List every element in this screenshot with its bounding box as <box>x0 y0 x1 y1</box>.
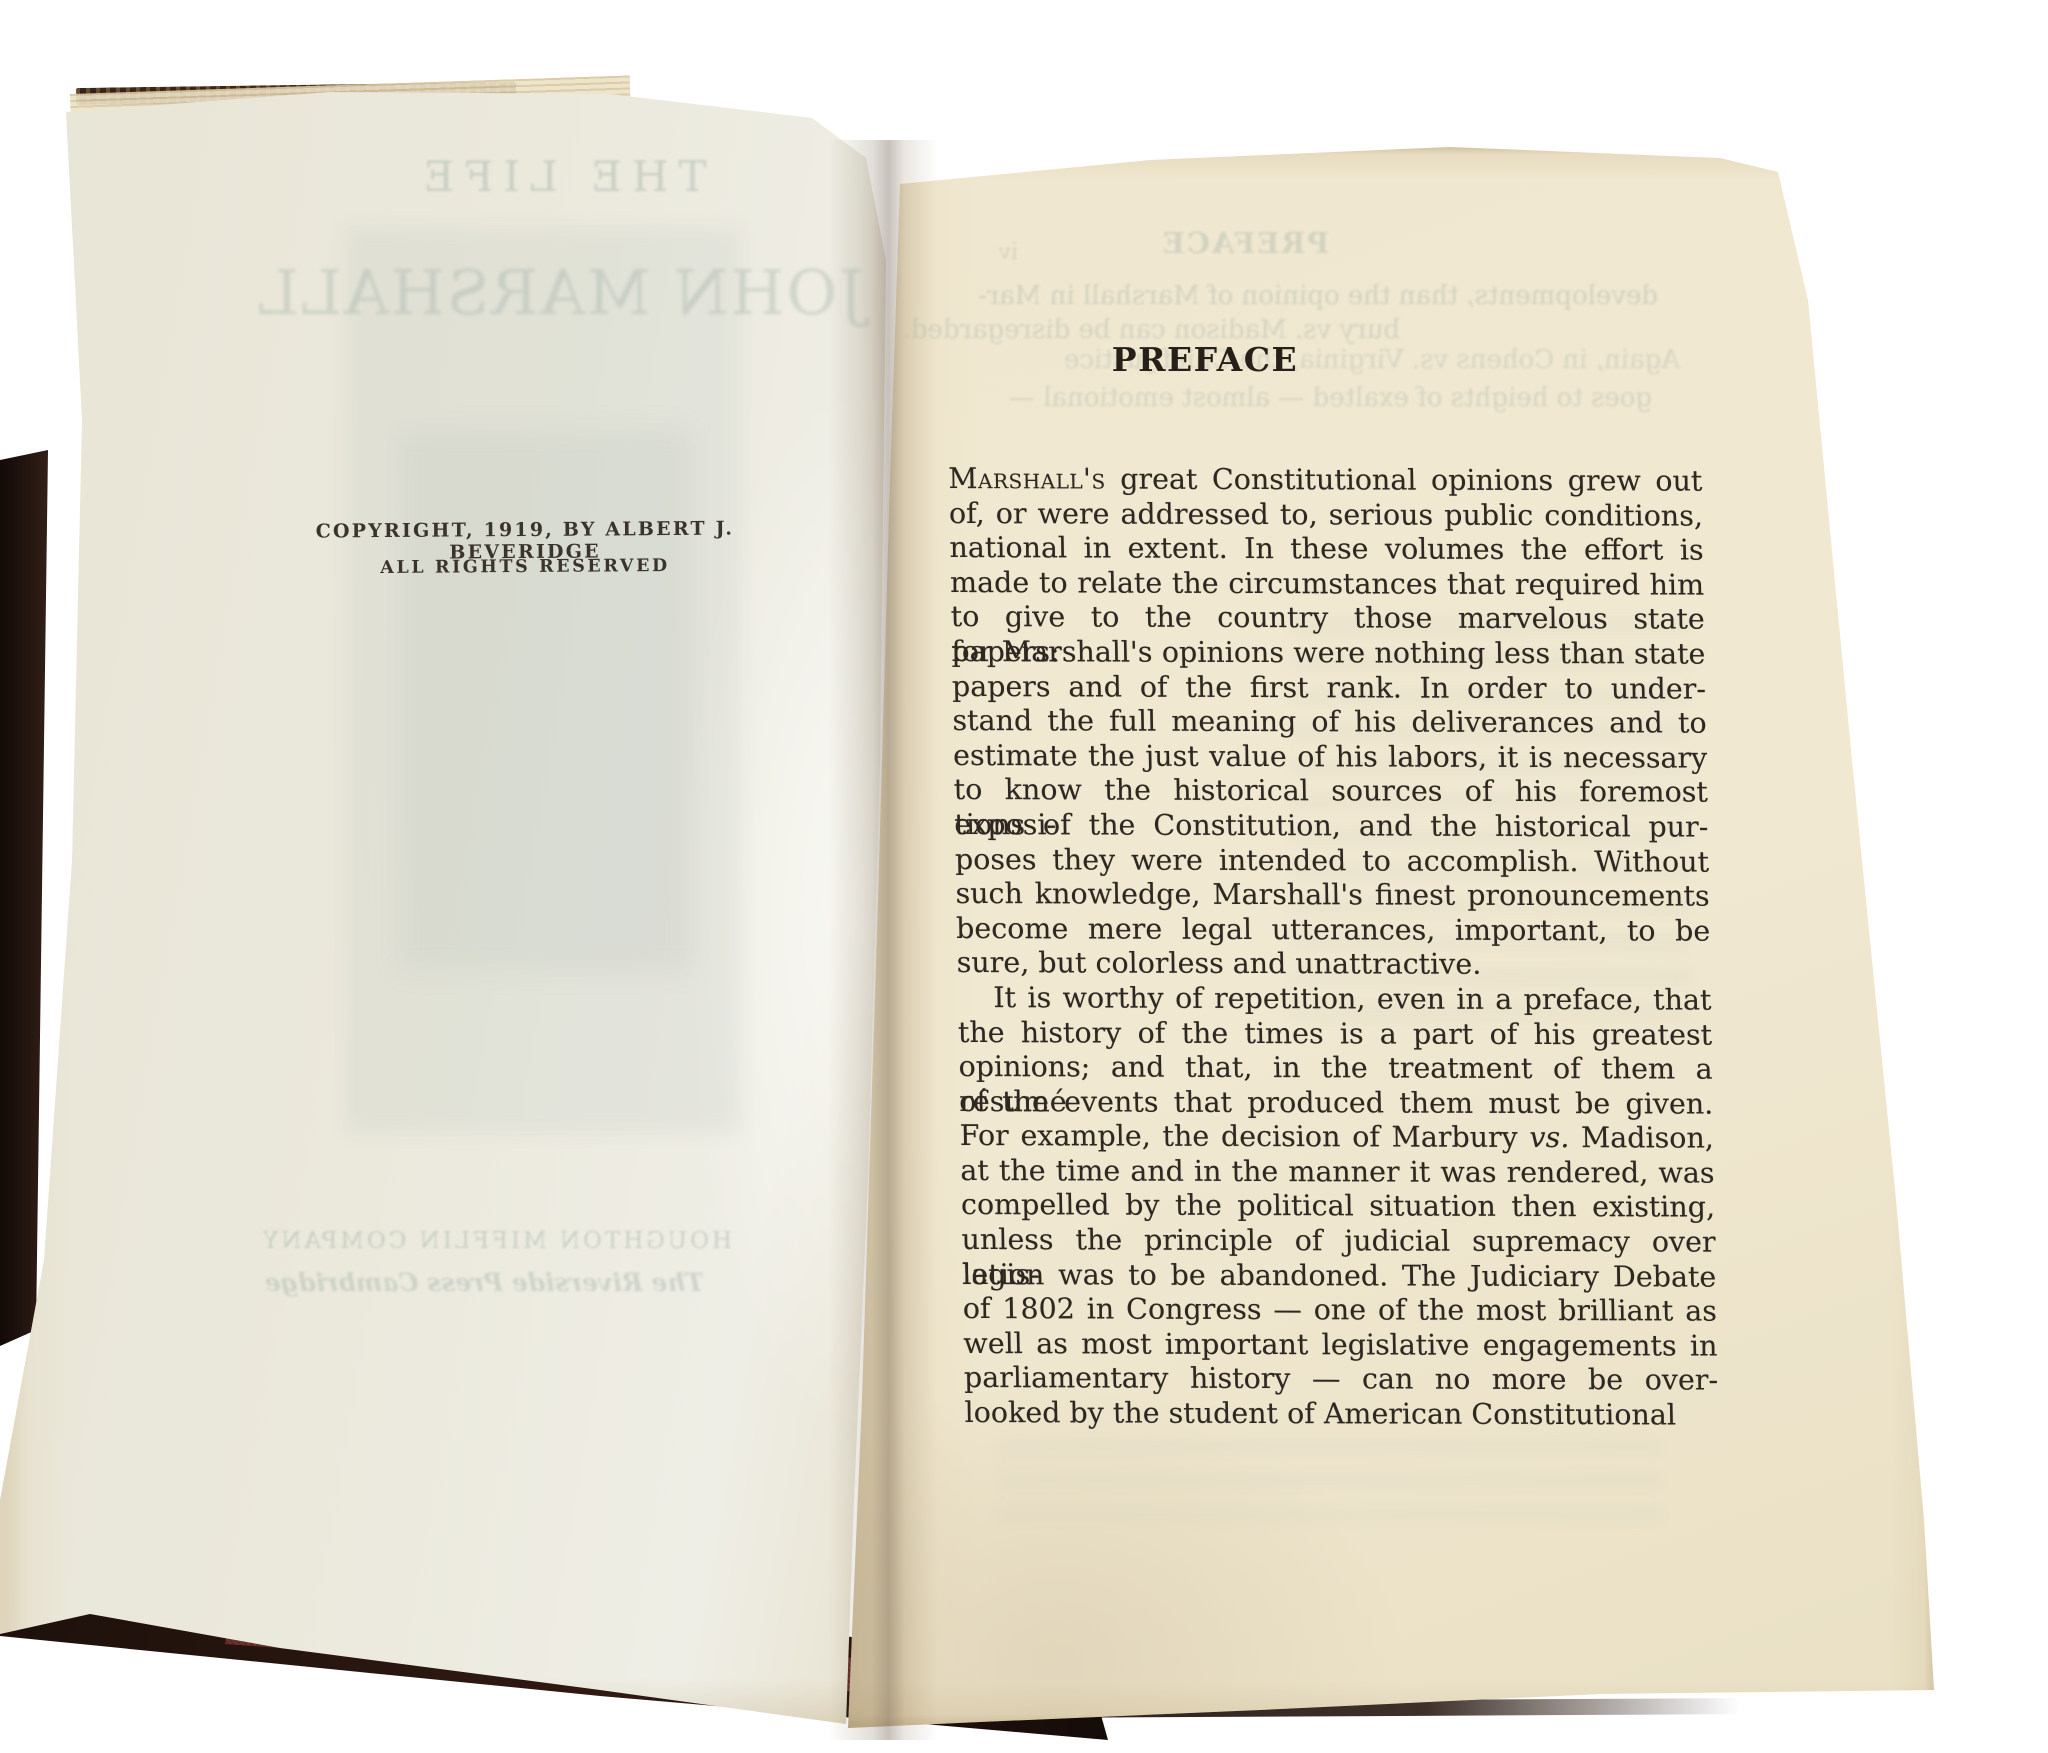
text-line: for Marshall's opinions were nothing les… <box>951 635 1706 672</box>
text-line: estimate the just value of his labors, i… <box>953 739 1708 776</box>
paragraph2-lines-b: at the time and in the manner it was ren… <box>960 1154 1719 1433</box>
text-line: well as most important legislative engag… <box>963 1327 1718 1364</box>
book-photograph: THE LIFE JOHN MARSHALL HOUGHTON MIFFLIN … <box>0 0 2048 1753</box>
text-line: made to relate the circumstances that re… <box>950 566 1705 603</box>
text-line: poses they were intended to accomplish. … <box>955 843 1710 880</box>
text-line: lation was to be abandoned. The Judiciar… <box>962 1258 1717 1295</box>
ghost-title-line1: THE LIFE <box>330 152 790 201</box>
text-line: opinions; and that, in the treatment of … <box>958 1050 1713 1087</box>
text-line: such knowledge, Marshall's finest pronou… <box>955 877 1710 914</box>
text-line-rest: great Constitutional opinions grew out <box>1120 463 1703 498</box>
paragraph1-lines: of, or were addressed to, serious public… <box>949 497 1712 984</box>
gutter-shadow <box>828 140 938 1740</box>
text-line: national in extent. In these volumes the… <box>949 531 1704 568</box>
text-line: papers and of the first rank. In order t… <box>952 670 1707 707</box>
text-line: to give to the country those marvelous s… <box>950 600 1705 637</box>
preface-body: Marshall's great Constitutional opinions… <box>948 462 1719 1433</box>
smallcaps-lead: Marshall's <box>948 462 1106 496</box>
ghost-text-line: developments, than the opinion of Marsha… <box>952 281 1658 311</box>
preface-heading: PREFACE <box>950 340 1460 379</box>
text-line: compelled by the political situation the… <box>961 1188 1716 1225</box>
marbury-before: For example, the decision of Marbury <box>959 1119 1518 1154</box>
text-line: to know the historical sources of his fo… <box>953 773 1708 810</box>
frontispiece-showthrough-inner <box>400 430 690 970</box>
text-line: tions of the Constitution, and the histo… <box>954 808 1709 845</box>
rights-reserved-line: ALL RIGHTS RESERVED <box>255 555 795 579</box>
paragraph2-lines-a: It is worthy of repetition, even in a pr… <box>957 981 1713 1122</box>
marbury-vs-italic: vs. <box>1529 1121 1569 1154</box>
ghost-preface-heading: PREFACE <box>1075 226 1415 260</box>
text-line: at the time and in the manner it was ren… <box>960 1154 1715 1191</box>
text-line: stand the full meaning of his deliveranc… <box>952 704 1707 741</box>
text-line: become mere legal utterances, important,… <box>956 912 1711 949</box>
text-line: looked by the student of American Consti… <box>964 1396 1719 1433</box>
text-line: unless the principle of judicial suprema… <box>961 1223 1716 1260</box>
ghost-text-line: goes to heights of exalted — almost emot… <box>952 383 1652 413</box>
ghost-text-smudge <box>1000 1440 1660 1530</box>
text-line-marbury: For example, the decision of Marbury vs.… <box>959 1119 1714 1156</box>
ghost-imprint: The Riverside Press Cambridge <box>300 1268 704 1297</box>
ghost-title-line2: JOHN MARSHALL <box>240 256 880 329</box>
text-line: the history of the times is a part of hi… <box>958 1015 1713 1052</box>
text-line: It is worthy of repetition, even in a pr… <box>957 981 1712 1018</box>
ghost-publisher: HOUGHTON MIFFLIN COMPANY <box>272 1228 732 1254</box>
text-line: of 1802 in Congress — one of the most br… <box>962 1292 1717 1329</box>
ghost-page-number: iv <box>958 240 1018 265</box>
text-line: parliamentary history — can no more be o… <box>964 1361 1719 1398</box>
marbury-after: Madison, <box>1581 1121 1714 1154</box>
text-line: of, or were addressed to, serious public… <box>949 497 1704 534</box>
text-line: of the events that produced them must be… <box>959 1085 1714 1122</box>
text-line-first: Marshall's great Constitutional opinions… <box>948 462 1703 499</box>
text-line: sure, but colorless and unattractive. <box>956 946 1711 983</box>
